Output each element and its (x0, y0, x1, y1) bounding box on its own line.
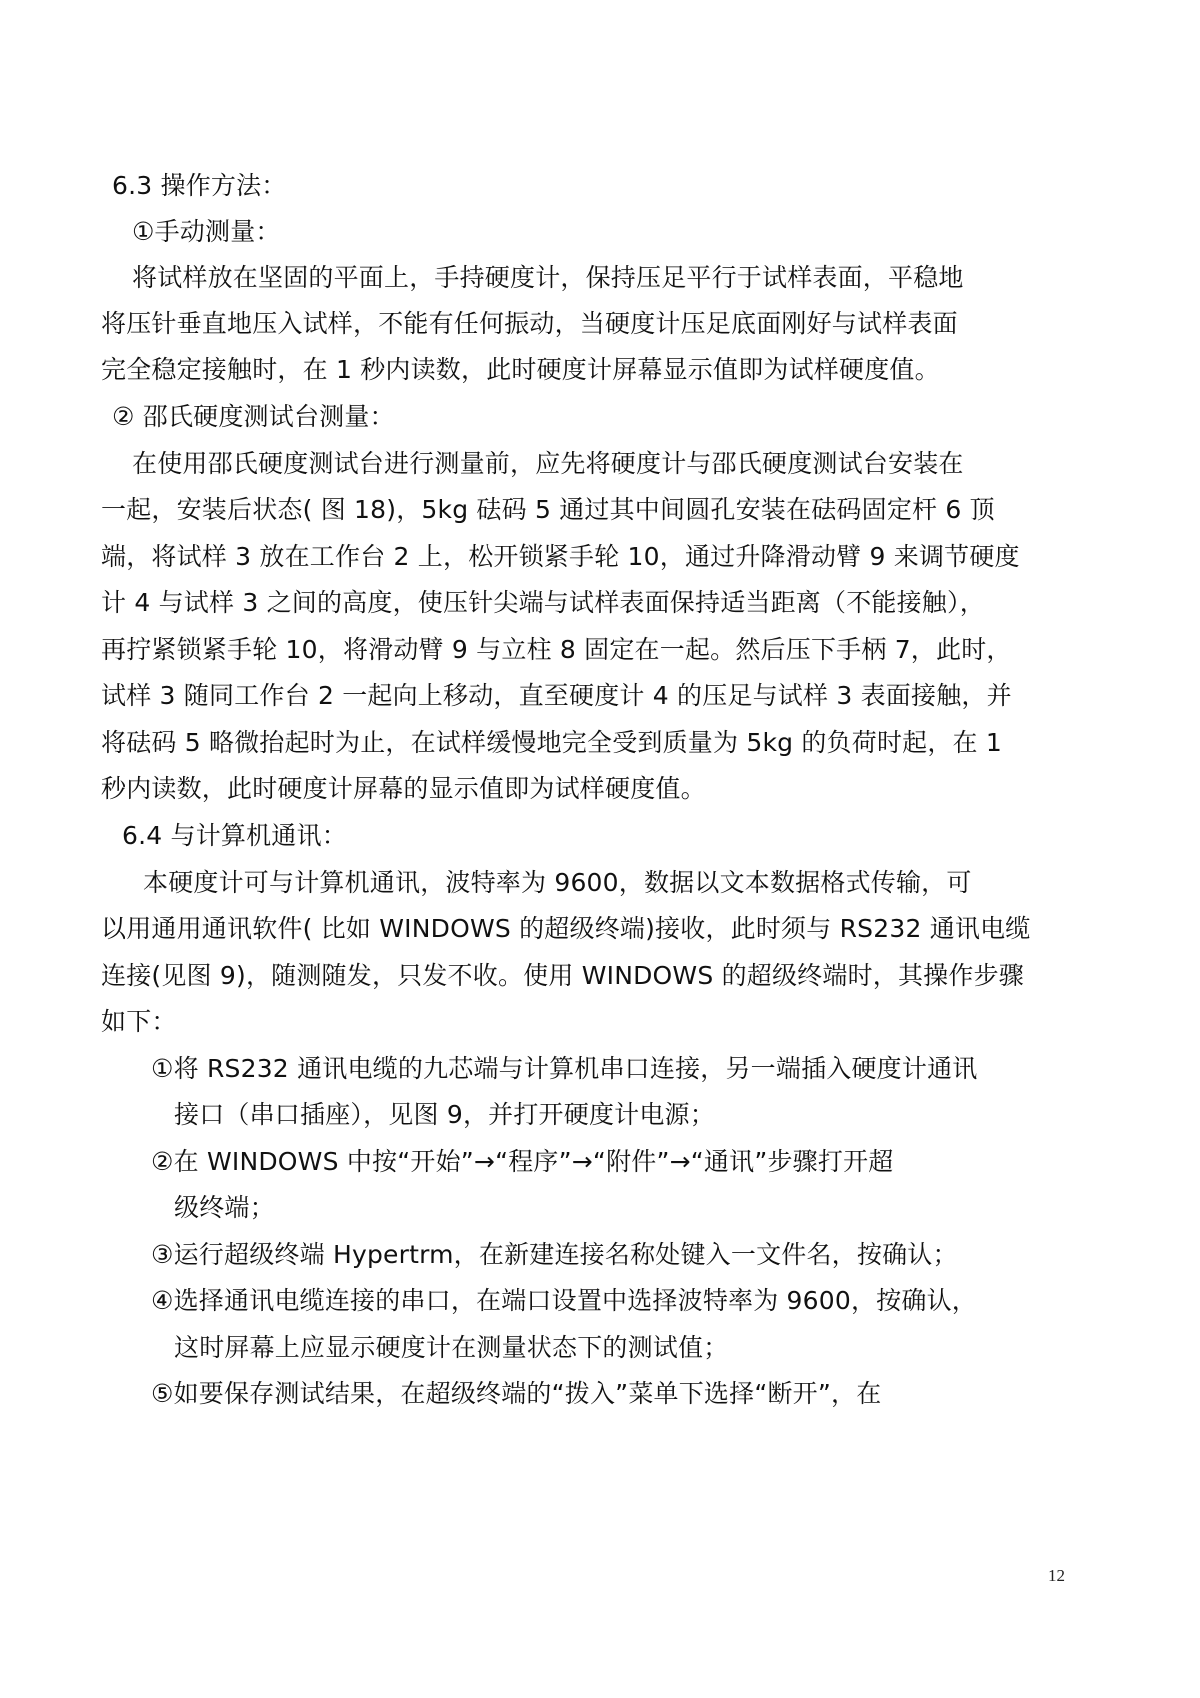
paragraph-line: 如下： (101, 1006, 177, 1038)
paragraph-line: 将压针垂直地压入试样，不能有任何振动，当硬度计压足底面刚好与试样表面 (101, 308, 958, 340)
step-item: ①将 RS232 通讯电缆的九芯端与计算机串口连接，另一端插入硬度计通讯 (151, 1053, 977, 1085)
paragraph-line: 将砝码 5 略微抬起时为止，在试样缓慢地完全受到质量为 5kg 的负荷时起，在 … (101, 727, 1002, 759)
paragraph-line: 本硬度计可与计算机通讯，波特率为 9600，数据以文本数据格式传输，可 (143, 867, 972, 899)
document-page: 6.3 操作方法： ①手动测量： 将试样放在坚固的平面上，手持硬度计，保持压足平… (0, 0, 1200, 1698)
step-item-continuation: 级终端； (174, 1192, 275, 1224)
subsection-heading-shore-stand: ② 邵氏硬度测试台测量： (112, 401, 395, 433)
paragraph-line: 将试样放在坚固的平面上，手持硬度计，保持压足平行于试样表面，平稳地 (132, 262, 964, 294)
section-heading-6-3: 6.3 操作方法： (112, 170, 287, 202)
step-item: ⑤如要保存测试结果，在超级终端的“拨入”菜单下选择“断开”，在 (151, 1378, 881, 1410)
paragraph-line: 端，将试样 3 放在工作台 2 上，松开锁紧手轮 10，通过升降滑动臂 9 来调… (101, 541, 1020, 573)
paragraph-line: 试样 3 随同工作台 2 一起向上移动，直至硬度计 4 的压足与试样 3 表面接… (101, 680, 1012, 712)
paragraph-line: 以用通用通讯软件( 比如 WINDOWS 的超级终端)接收，此时须与 RS232… (101, 913, 1031, 945)
step-item: ③运行超级终端 Hypertrm，在新建连接名称处键入一文件名，按确认； (151, 1239, 958, 1271)
paragraph-line: 秒内读数，此时硬度计屏幕的显示值即为试样硬度值。 (101, 773, 706, 805)
subsection-heading-manual: ①手动测量： (132, 216, 281, 248)
paragraph-line: 计 4 与试样 3 之间的高度，使压针尖端与试样表面保持适当距离（不能接触）， (101, 587, 985, 619)
paragraph-line: 完全稳定接触时，在 1 秒内读数，此时硬度计屏幕显示值即为试样硬度值。 (101, 354, 940, 386)
step-item: ④选择通讯电缆连接的串口，在端口设置中选择波特率为 9600，按确认， (151, 1285, 977, 1317)
paragraph-line: 在使用邵氏硬度测试台进行测量前，应先将硬度计与邵氏硬度测试台安装在 (132, 448, 964, 480)
step-item-continuation: 这时屏幕上应显示硬度计在测量状态下的测试值； (174, 1332, 728, 1364)
section-heading-6-4: 6.4 与计算机通讯： (122, 820, 347, 852)
page-number: 12 (1048, 1566, 1065, 1586)
paragraph-line: 连接(见图 9)，随测随发，只发不收。使用 WINDOWS 的超级终端时，其操作… (101, 960, 1024, 992)
step-item: ②在 WINDOWS 中按“开始”→“程序”→“附件”→“通讯”步骤打开超 (151, 1146, 893, 1178)
step-item-continuation: 接口（串口插座），见图 9，并打开硬度计电源； (174, 1099, 715, 1131)
paragraph-line: 一起，安装后状态( 图 18)，5kg 砝码 5 通过其中间圆孔安装在砝码固定杆… (101, 494, 995, 526)
paragraph-line: 再拧紧锁紧手轮 10，将滑动臂 9 与立柱 8 固定在一起。然后压下手柄 7，此… (101, 634, 1012, 666)
